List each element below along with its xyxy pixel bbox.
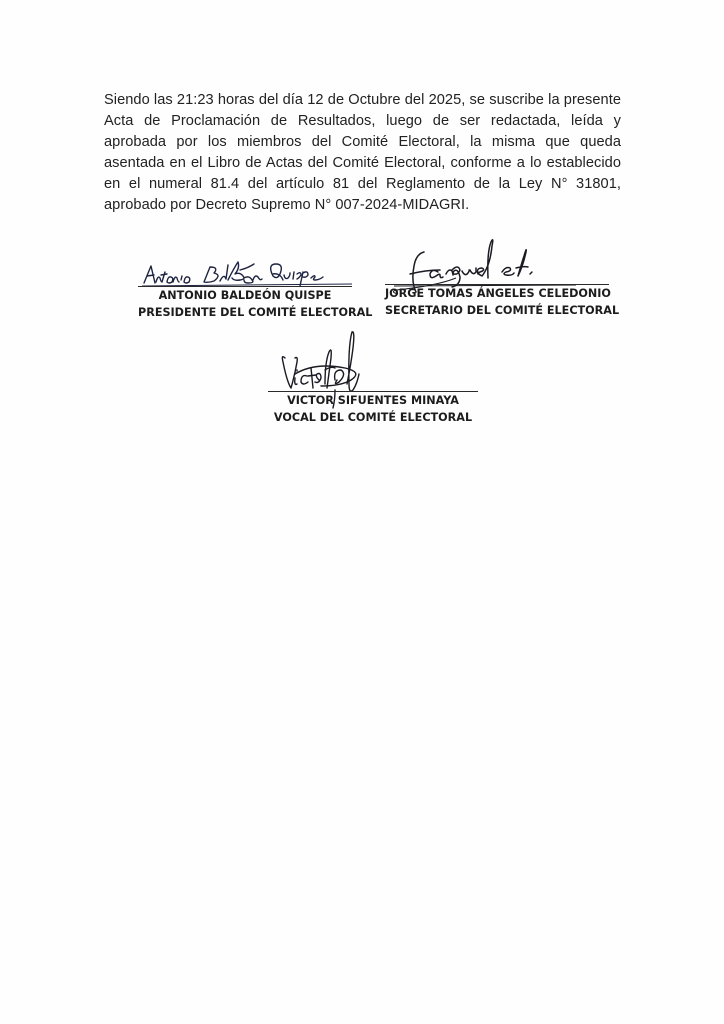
signer-role: VOCAL DEL COMITÉ ELECTORAL (268, 409, 478, 426)
signature-block-president: ANTONIO BALDEÓN QUISPE PRESIDENTE DEL CO… (138, 286, 352, 321)
signer-role: SECRETARIO DEL COMITÉ ELECTORAL (385, 302, 609, 319)
signature-block-vocal: VICTOR SIFUENTES MINAYA VOCAL DEL COMITÉ… (268, 391, 478, 426)
signer-name: JORGE TOMAS ÁNGELES CELEDONIO (385, 285, 609, 302)
proclamation-paragraph: Siendo las 21:23 horas del día 12 de Oct… (104, 90, 621, 216)
signature-block-secretary: JORGE TOMAS ÁNGELES CELEDONIO SECRETARIO… (385, 284, 609, 319)
document-page: Siendo las 21:23 horas del día 12 de Oct… (0, 0, 724, 1024)
signer-name: ANTONIO BALDEÓN QUISPE (138, 287, 352, 304)
signer-role: PRESIDENTE DEL COMITÉ ELECTORAL (138, 304, 352, 321)
signer-name: VICTOR SIFUENTES MINAYA (268, 392, 478, 409)
